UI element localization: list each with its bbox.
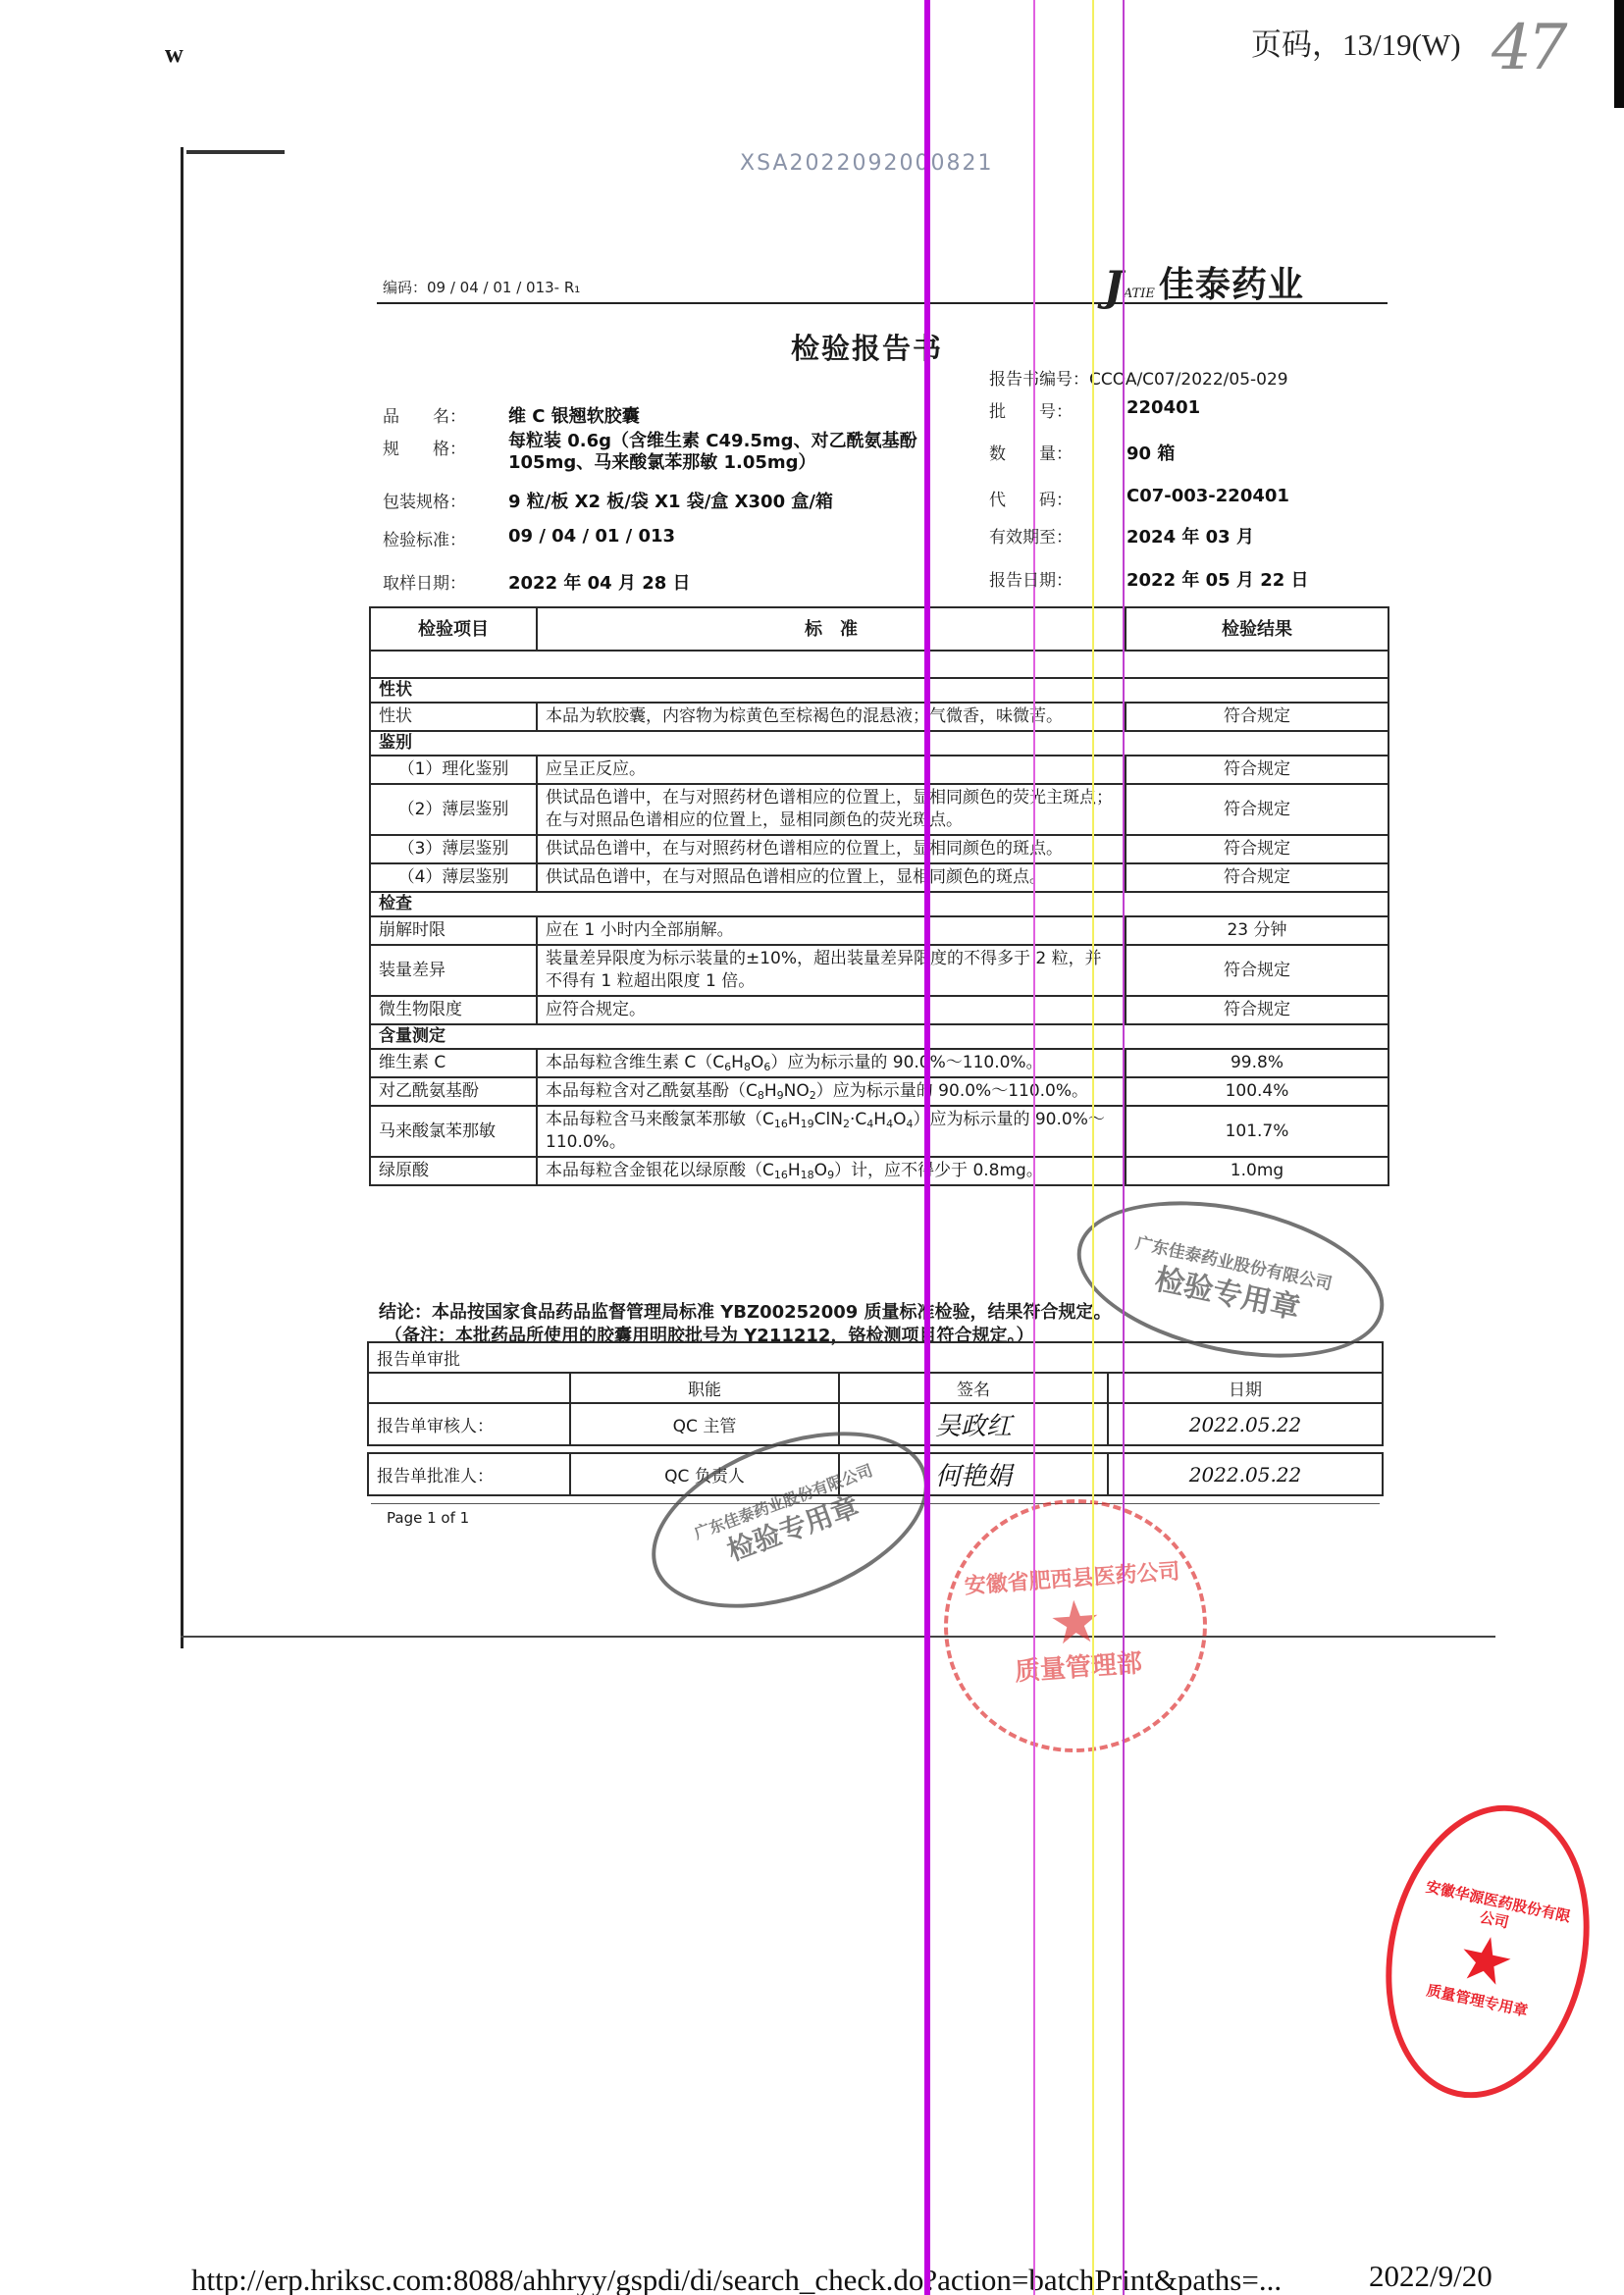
- scan-edge: [1614, 0, 1624, 108]
- info-right-value: 2024 年 03 月: [1126, 523, 1254, 548]
- section-title: 性状: [370, 678, 1388, 703]
- standard-text: 本品每粒含对乙酰氨基酚（C: [546, 1081, 758, 1101]
- stamp-4-arc: 安徽华源医药股份有限公司: [1420, 1877, 1572, 1945]
- table-row: （1）理化鉴别应呈正反应。符合规定: [370, 756, 1388, 784]
- scan-streak-4: [1123, 0, 1125, 2295]
- handwritten-page-number: 47: [1492, 12, 1563, 84]
- formula-subscript: 19: [801, 1118, 814, 1130]
- section-title: 鉴别: [370, 731, 1388, 756]
- scan-streak-3: [1092, 0, 1094, 2295]
- footer-divider: [371, 1503, 1380, 1504]
- conclusion: 结论：本品按国家食品药品监督管理局标准 YBZ00252009 质量标准检验，结…: [379, 1298, 1112, 1324]
- print-header-mark: w: [165, 39, 183, 69]
- reviewer-function: QC 主管: [570, 1403, 839, 1445]
- formula-subscript: 16: [774, 1118, 788, 1130]
- info-left-label: 品 名：: [383, 402, 466, 427]
- info-right-label: 批 号：: [989, 397, 1073, 422]
- table-row: 绿原酸本品每粒含金银花以绿原酸（C16H18O9）计，应不得少于 0.8mg。1…: [370, 1157, 1388, 1185]
- table-row: 崩解时限应在 1 小时内全部崩解。23 分钟: [370, 916, 1388, 945]
- test-result: 101.7%: [1126, 1106, 1388, 1157]
- test-result: 1.0mg: [1126, 1157, 1388, 1185]
- formula-subscript: 18: [801, 1169, 814, 1181]
- stamp-3-arc: 安徽省肥西县医药公司: [964, 1558, 1180, 1601]
- section-title: 含量测定: [370, 1024, 1388, 1049]
- approval-row-approver: 报告单批准人： QC 负责人 何艳娟 2022.05.22: [368, 1453, 1383, 1495]
- scan-border-top: [186, 150, 285, 154]
- test-result: 符合规定: [1126, 835, 1388, 863]
- approval-section-title: 报告单审批: [368, 1342, 1383, 1373]
- archive-code: XSA2022092000821: [740, 151, 993, 176]
- scan-streak-1: [924, 0, 930, 2295]
- test-result: 100.4%: [1126, 1077, 1388, 1106]
- reviewer-date: 2022.05.22: [1108, 1403, 1383, 1445]
- test-item: 装量差异: [370, 945, 537, 996]
- page-of: Page 1 of 1: [387, 1509, 469, 1527]
- table-row: （2）薄层鉴别供试品色谱中，在与对照药材色谱相应的位置上，显相同颜色的荧光主斑点…: [370, 784, 1388, 835]
- info-left-label: 包装规格：: [383, 488, 466, 512]
- info-left-value: 09 / 04 / 01 / 013: [508, 526, 675, 547]
- test-result: 符合规定: [1126, 784, 1388, 835]
- quality-management-stamp: 安徽华源医药股份有限公司 ★ 质量管理专用章: [1360, 1786, 1615, 2116]
- info-left-value: 每粒装 0.6g（含维生素 C49.5mg、对乙酰氨基酚 105mg、马来酸氯苯…: [508, 431, 969, 474]
- table-row: （4）薄层鉴别供试品色谱中，在与对照品色谱相应的位置上，显相同颜色的斑点。符合规…: [370, 863, 1388, 892]
- stamp-3-star-icon: ★: [966, 1587, 1185, 1660]
- test-standard: 供试品色谱中，在与对照药材色谱相应的位置上，显相同颜色的斑点。: [537, 835, 1126, 863]
- standard-text: H: [788, 1110, 801, 1129]
- approval-gap: [368, 1445, 1383, 1453]
- info-right-value: 2022 年 05 月 22 日: [1126, 566, 1309, 592]
- test-standard: 本品每粒含金银花以绿原酸（C16H18O9）计，应不得少于 0.8mg。: [537, 1157, 1126, 1185]
- info-right-value: 220401: [1126, 397, 1200, 418]
- approval-header-signature: 签名: [839, 1373, 1108, 1403]
- test-standard: 应在 1 小时内全部崩解。: [537, 916, 1126, 945]
- table-row: 微生物限度应符合规定。符合规定: [370, 996, 1388, 1024]
- test-item: 绿原酸: [370, 1157, 537, 1185]
- page-indicator: 页码，13/19(W): [1251, 20, 1461, 64]
- info-left-value: 2022 年 04 月 28 日: [508, 569, 691, 595]
- approver-function: QC 负责人: [570, 1453, 839, 1495]
- info-left-label: 检验标准：: [383, 526, 466, 550]
- test-result: 符合规定: [1126, 703, 1388, 731]
- test-item: （2）薄层鉴别: [370, 784, 537, 835]
- info-right-value: C07-003-220401: [1126, 486, 1289, 506]
- test-standard: 本品每粒含维生素 C（C6H8O6）应为标示量的 90.0%～110.0%。: [537, 1049, 1126, 1077]
- standard-text: 本品每粒含马来酸氯苯那敏（C: [546, 1110, 774, 1129]
- form-code: 编码：09 / 04 / 01 / 013- R₁: [383, 277, 580, 297]
- standard-text: NO: [784, 1081, 810, 1101]
- approver-label: 报告单批准人：: [368, 1453, 570, 1495]
- results-table: 检验项目 标 准 检验结果 性状性状本品为软胶囊，内容物为棕黄色至棕褐色的混悬液…: [369, 606, 1389, 1186]
- brand-name: 佳泰药业: [1159, 257, 1304, 307]
- info-right-label: 数 量：: [989, 440, 1073, 464]
- approver-signature: 何艳娟: [839, 1453, 1108, 1495]
- approver-date: 2022.05.22: [1108, 1453, 1383, 1495]
- standard-text: 本品每粒含金银花以绿原酸（C: [546, 1161, 774, 1180]
- test-item: 维生素 C: [370, 1049, 537, 1077]
- test-standard: 本品每粒含马来酸氯苯那敏（C16H19ClN2·C4H4O4）应为标示量的 90…: [537, 1106, 1126, 1157]
- brand-latin: ATIE: [1124, 287, 1155, 301]
- standard-text: O: [893, 1110, 906, 1129]
- test-item: （1）理化鉴别: [370, 756, 537, 784]
- standard-text: 本品每粒含维生素 C（C: [546, 1053, 724, 1072]
- test-item: （4）薄层鉴别: [370, 863, 537, 892]
- standard-text: ）应为标示量的 90.0%～110.0%。: [816, 1081, 1088, 1101]
- scan-streak-2: [1033, 0, 1035, 2295]
- header-standard: 标 准: [537, 607, 1126, 651]
- info-left-value: 9 粒/板 X2 板/袋 X1 袋/盒 X300 盒/箱: [508, 488, 833, 513]
- info-left-label: 规 格：: [383, 435, 466, 459]
- test-standard: 应呈正反应。: [537, 756, 1126, 784]
- test-result: 符合规定: [1126, 945, 1388, 996]
- test-item: 微生物限度: [370, 996, 537, 1024]
- approval-header-date: 日期: [1108, 1373, 1383, 1403]
- test-standard: 供试品色谱中，在与对照药材色谱相应的位置上，显相同颜色的荧光主斑点；在与对照品色…: [537, 784, 1126, 835]
- blank-row: [370, 651, 1388, 678]
- header-item: 检验项目: [370, 607, 537, 651]
- test-standard: 本品为软胶囊，内容物为棕黄色至棕褐色的混悬液；气微香，味微苦。: [537, 703, 1126, 731]
- brand-logo-icon: J: [1104, 266, 1124, 307]
- info-right-label: 有效期至：: [989, 523, 1073, 548]
- test-result: 符合规定: [1126, 756, 1388, 784]
- table-row: 装量差异装量差异限度为标示装量的±10%，超出装量差异限度的不得多于 2 粒，并…: [370, 945, 1388, 996]
- reviewer-label: 报告单审核人：: [368, 1403, 570, 1445]
- table-row: 马来酸氯苯那敏本品每粒含马来酸氯苯那敏（C16H19ClN2·C4H4O4）应为…: [370, 1106, 1388, 1157]
- section-title: 检查: [370, 892, 1388, 916]
- standard-text: H: [873, 1110, 886, 1129]
- standard-text: H: [788, 1161, 801, 1180]
- header-divider: [377, 302, 1388, 304]
- test-standard: 应符合规定。: [537, 996, 1126, 1024]
- formula-subscript: 2: [843, 1118, 850, 1130]
- approval-row-reviewer: 报告单审核人： QC 主管 吴政红 2022.05.22: [368, 1403, 1383, 1445]
- formula-subscript: 8: [758, 1089, 764, 1102]
- test-item: （3）薄层鉴别: [370, 835, 537, 863]
- standard-text: ）应为标示量的 90.0%～110.0%。: [770, 1053, 1042, 1072]
- standard-text: O: [751, 1053, 763, 1072]
- standard-text: ·C: [850, 1110, 866, 1129]
- approval-header-function: 职能: [570, 1373, 839, 1403]
- test-standard: 装量差异限度为标示装量的±10%，超出装量差异限度的不得多于 2 粒，并不得有 …: [537, 945, 1126, 996]
- test-result: 符合规定: [1126, 863, 1388, 892]
- stamp-4-center: 质量管理专用章: [1403, 1976, 1551, 2025]
- document-title: 检验报告书: [791, 327, 943, 367]
- table-row: 性状本品为软胶囊，内容物为棕黄色至棕褐色的混悬液；气微香，味微苦。符合规定: [370, 703, 1388, 731]
- reviewer-signature: 吴政红: [839, 1403, 1108, 1445]
- info-left-value: 维 C 银翘软胶囊: [508, 402, 640, 428]
- standard-text: O: [814, 1161, 827, 1180]
- standard-text: H: [731, 1053, 744, 1072]
- table-row: （3）薄层鉴别供试品色谱中，在与对照药材色谱相应的位置上，显相同颜色的斑点。符合…: [370, 835, 1388, 863]
- stamp-1-center: 检验专用章: [1126, 1254, 1330, 1333]
- info-right-label: 报告日期：: [989, 566, 1073, 591]
- stamp-1-arc: 广东佳泰药业股份有限公司: [1133, 1233, 1334, 1296]
- scan-border-bottom: [181, 1636, 1495, 1638]
- info-right-value: 90 箱: [1126, 440, 1175, 465]
- table-row: 维生素 C本品每粒含维生素 C（C6H8O6）应为标示量的 90.0%～110.…: [370, 1049, 1388, 1077]
- test-result: 23 分钟: [1126, 916, 1388, 945]
- test-item: 马来酸氯苯那敏: [370, 1106, 537, 1157]
- test-result: 符合规定: [1126, 996, 1388, 1024]
- formula-subscript: 16: [774, 1169, 788, 1181]
- approval-table: 报告单审批 职能 签名 日期 报告单审核人： QC 主管 吴政红 2022.05…: [367, 1341, 1384, 1496]
- test-item: 性状: [370, 703, 537, 731]
- test-item: 对乙酰氨基酚: [370, 1077, 537, 1106]
- print-date: 2022/9/20: [1369, 2259, 1493, 2294]
- results-table-header: 检验项目 标 准 检验结果: [370, 607, 1388, 651]
- formula-subscript: 9: [827, 1169, 834, 1181]
- approval-header-blank: [368, 1373, 570, 1403]
- brand-logo: J ATIE 佳泰药业: [1104, 257, 1304, 307]
- standard-text: ClN: [814, 1110, 843, 1129]
- test-standard: 供试品色谱中，在与对照品色谱相应的位置上，显相同颜色的斑点。: [537, 863, 1126, 892]
- formula-subscript: 9: [777, 1089, 784, 1102]
- scan-border-left: [181, 147, 183, 1648]
- standard-text: ）计，应不得少于 0.8mg。: [834, 1161, 1043, 1180]
- formula-subscript: 2: [810, 1089, 816, 1102]
- table-row: 对乙酰氨基酚本品每粒含对乙酰氨基酚（C8H9NO2）应为标示量的 90.0%～1…: [370, 1077, 1388, 1106]
- test-item: 崩解时限: [370, 916, 537, 945]
- print-url: http://erp.hriksc.com:8088/ahhryy/gspdi/…: [191, 2263, 1282, 2295]
- header-result: 检验结果: [1126, 607, 1388, 651]
- test-standard: 本品每粒含对乙酰氨基酚（C8H9NO2）应为标示量的 90.0%～110.0%。: [537, 1077, 1126, 1106]
- pharma-company-stamp: 安徽省肥西县医药公司 ★ 质量管理部: [935, 1490, 1215, 1761]
- stamp-4-star-icon: ★: [1407, 1915, 1564, 2008]
- info-left-label: 取样日期：: [383, 569, 466, 594]
- test-result: 99.8%: [1126, 1049, 1388, 1077]
- info-right-label: 代 码：: [989, 486, 1073, 510]
- formula-subscript: 8: [744, 1061, 751, 1073]
- formula-subscript: 4: [886, 1118, 893, 1130]
- standard-text: H: [764, 1081, 777, 1101]
- stamp-3-center: 质量管理部: [969, 1645, 1187, 1694]
